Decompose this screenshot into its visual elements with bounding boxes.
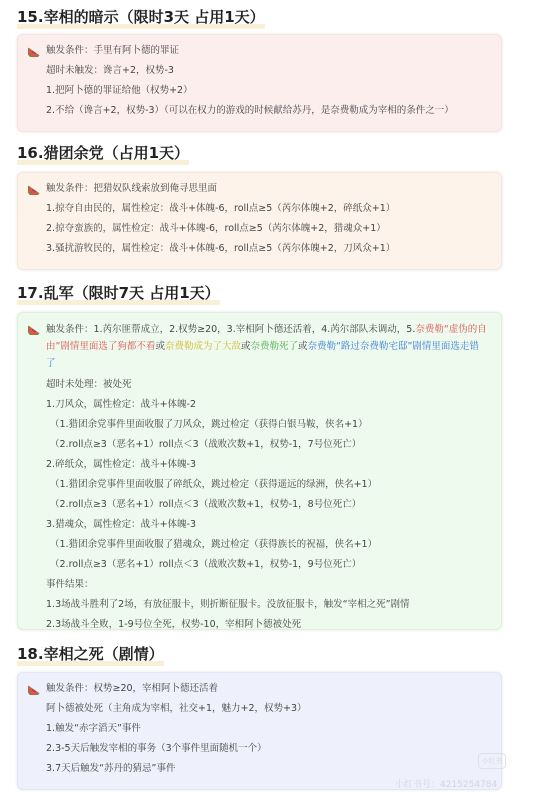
- battle-3-option-1: （1.猎团余党事件里面收服了猎魂众，跳过检定（获得族长的祝福，侠名+1）: [46, 535, 487, 555]
- section-title-16: 16.猎团余党（占用1天）: [17, 142, 189, 165]
- event-card-18: 触发条件：权势≥20，宰相阿卜德还活着 阿卜德被处死（主角成为宰相，社交+1，魅…: [17, 672, 502, 790]
- event-card-16: 触发条件：把猎奴队线索放到俺寻思里面 1.掠夺自由民的，属性检定：战斗+体魄-6…: [17, 172, 502, 270]
- option-1: 1.把阿卜德的罪证给他（权势+2）: [46, 81, 487, 101]
- highlight-green: 奈费勒死了: [250, 341, 298, 352]
- battle-3-option-2: （2.roll点≥3（恶名+1）roll点＜3（战败次数+1，权势-1，9号位死…: [46, 555, 487, 575]
- follow-up-1: 1.触发“赤字滔天”事件: [46, 719, 487, 739]
- battle-1: 1.刀风众，属性检定：战斗+体魄-2: [46, 395, 487, 415]
- option-3: 3.骚扰游牧民的，属性检定：战斗+体魄-6，roll点≥5（芮尔体魄+2，刀风众…: [46, 239, 487, 259]
- event-result-label: 事件结果：: [46, 575, 487, 595]
- trigger-condition: 触发条件：权势≥20，宰相阿卜德还活着: [46, 679, 487, 699]
- event-card-17: 触发条件：1.芮尔匪帮成立，2.权势≥20，3.宰相阿卜德还活着，4.芮尔部队未…: [17, 312, 502, 630]
- section-title-17: 17.乱军（限时7天 占用1天）: [17, 282, 220, 305]
- event-result-1: 1.3场战斗胜利了2场，有放征服卡，则折断征服卡。没放征服卡，触发“宰相之死”剧…: [46, 595, 487, 615]
- trigger-condition: 触发条件：1.芮尔匪帮成立，2.权势≥20，3.宰相阿卜德还活着，4.芮尔部队未…: [46, 319, 487, 375]
- battle-2-option-1: （1.猎团余党事件里面收服了碎纸众，跳过检定（获得遥远的绿洲，侠名+1）: [46, 475, 487, 495]
- battle-1-option-2: （2.roll点≥3（恶名+1）roll点＜3（战败次数+1，权势-1，7号位死…: [46, 435, 487, 455]
- timeout-result: 超时未触发：谗言+2，权势-3: [46, 61, 487, 81]
- highlight-yellow: 奈费勒成为了大敌: [165, 341, 241, 352]
- watermark-text: 小红书号：4215254784: [395, 777, 497, 790]
- event-result-2: 2.3场战斗全败，1-9号位全死，权势-10，宰相阿卜德被处死: [46, 615, 487, 635]
- result-summary: 阿卜德被处死（主角成为宰相，社交+1，魅力+2，权势+3）: [46, 699, 487, 719]
- option-2: 2.不给（谗言+2，权势-3）（可以在权力的游戏的时候献给苏丹，是奈费勒成为宰相…: [46, 101, 487, 121]
- battle-2: 2.碎纸众，属性检定：战斗+体魄-3: [46, 455, 487, 475]
- timeout-result: 超时未处理：被处死: [46, 375, 487, 395]
- watermelon-icon: [28, 323, 40, 335]
- follow-up-2: 2.3-5天后触发宰相的事务（3个事件里面随机一个）: [46, 739, 487, 759]
- watermark-badge: 小红书: [478, 753, 506, 769]
- trigger-condition: 触发条件：把猎奴队线索放到俺寻思里面: [46, 179, 487, 199]
- section-title-18: 18.宰相之死（剧情）: [17, 643, 164, 666]
- battle-2-option-2: （2.roll点≥3（恶名+1）roll点＜3（战败次数+1，权势-1，8号位死…: [46, 495, 487, 515]
- event-card-15: 触发条件：手里有阿卜德的罪证 超时未触发：谗言+2，权势-3 1.把阿卜德的罪证…: [17, 34, 502, 132]
- trigger-condition: 触发条件：手里有阿卜德的罪证: [46, 41, 487, 61]
- battle-3: 3.猎魂众，属性检定：战斗+体魄-3: [46, 515, 487, 535]
- follow-up-3: 3.7天后触发“苏丹的猜忌”事件: [46, 759, 487, 779]
- battle-1-option-1: （1.猎团余党事件里面收服了刀风众，跳过检定（获得白银马鞍，侠名+1）: [46, 415, 487, 435]
- watermelon-icon: [28, 683, 40, 695]
- option-2: 2.掠夺蛮族的，属性检定：战斗+体魄-6，roll点≥5（芮尔体魄+2，猎魂众+…: [46, 219, 487, 239]
- option-1: 1.掠夺自由民的，属性检定：战斗+体魄-6，roll点≥5（芮尔体魄+2，碎纸众…: [46, 199, 487, 219]
- watermelon-icon: [28, 183, 40, 195]
- section-title-15: 15.宰相的暗示（限时3天 占用1天）: [17, 6, 265, 29]
- watermelon-icon: [28, 45, 40, 57]
